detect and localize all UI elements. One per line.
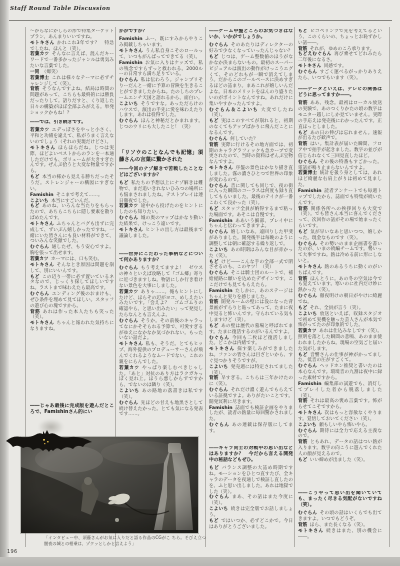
dialogue-paragraph: こよいち頼もしいやら怖いやら。 [298,423,382,429]
speaker-name: 若葉カツ [119,290,141,295]
speaker-name: むぐらん [30,245,52,250]
dialogue-paragraph: モトキさんかれこれ3年です？ 特急でしたね、ほんと（笑）。 [30,41,114,53]
dialogue-paragraph: 背筋ほんとうに。あの冬の空気は今でも覚えています。寒いのに社内だけ妙に熱かった（… [298,277,382,295]
photo-lead-question: ――じゃあ最後に完成版を遊んだところで、Famishinさん的にい [30,404,114,416]
speaker-name: モトキさん [30,321,57,326]
speaker-name: モトキさん [298,64,324,69]
dialogue-paragraph: もど私たちの予想以上にナゾ解きは難物で、まだ追いきれないひみつの場所にも悩まされ… [119,181,203,204]
speaker-name: モトキさん [30,41,57,46]
dialogue-paragraph: 若葉カツやっぱり楽しむべきじゃした。「あと」対抗のあり方はラクガキっぽく見れ上。… [119,366,203,389]
dialogue-paragraph: モトキさん次はもっと容赦なくやります。覚悟しておいてください（笑）。 [298,411,382,423]
text-column-2-top: かがですか？Famishinふー、既にすみからやりこみ掲載しちゃいます。モトキさ… [119,29,203,148]
text-column-3-main: ――ゲーム中盤どころのお気づきはないか、いかがでしょうか。むぐらんそのあたりはデ… [209,29,293,444]
speaker-name: 若葉カツ [298,329,319,334]
speaker-name: Famishin [119,61,145,66]
speaker-name: モトキさん [30,222,57,227]
text-column-4-main: ――データといえば、テレビの関係はどうに思ってますか――。背筋ああ、残念。最初は… [298,87,382,490]
speaker-name: むぐらん [119,401,141,406]
speaker-name: モトキさん [298,265,325,270]
speaker-name: こよいち [209,248,231,253]
speaker-name: モトキさん [209,166,236,171]
speaker-name: モトキさん [209,347,237,352]
dialogue-paragraph: むぐらん音に関しても同じで、夜の街に入った瞬間のコーラスは何度も録り直してもらい… [209,184,293,207]
speaker-name: もど [30,275,42,280]
dialogue-paragraph: モトキさんふちゃんとバグも出ずに完成して、ずいぶん嬉しかったですね。一緒にいた皆… [30,222,114,245]
text-column-2-middle: 「リソウのことなんでも記憶」須藤さんの言葉に驚かされた――今回のナゾ解きで苦戦し… [119,148,203,252]
speaker-name: むぐらん [209,184,231,189]
text-column-1-main: ――では、引き続きです。若葉カツエデっぽさをやっと小さく、平和と功績を違えて、私… [30,120,114,403]
speaker-name: こよいち [30,199,51,204]
speaker-name: Famishin [209,289,235,294]
dialogue-paragraph: むぐらん今回も二枚ほど復活しました。どこかは内緒です。 [209,336,293,348]
dialogue-paragraph: こよいちそうですな。あっただらけのハウスで、演出の手先に愛を味わえたりします。あ… [119,102,203,120]
text-column-1-top: 〜からなにかしらの形で特集ターゲットプラン、あんまりいいですね。モトキさんかれこ… [30,29,114,120]
speaker-name: Famishin [209,219,235,224]
dialogue-paragraph: もどあのね、いろんな当たりをもらったので、あちらこちらに隠し要素を散りばめたんで… [30,204,114,222]
speaker-name: 若葉カツ [30,52,52,57]
dialogue-paragraph: こよいちあの時期はみんな目が赤かった（笑）。 [209,248,293,260]
speaker-name: もど [298,306,310,311]
speaker-name: むぐらん [209,495,232,500]
dialogue-paragraph: Famishinそこまで考えて……。 [30,193,114,199]
dialogue-paragraph: 〜からなにかしらの形で特集ターゲットプラン、あんまりいいですね。 [30,29,114,41]
speaker-name: むぐらん [119,78,141,83]
speaker-name: むぐらん [298,242,320,247]
running-header: Staff Round Table Discussion [10,6,110,12]
speaker-name: こよいち [298,312,320,317]
dialogue-paragraph: むぐらんその頃の話はいくらでも出てきますよ。いつでもどうぞ。 [298,511,382,523]
dialogue-paragraph: モトキさんほらほらだね。じつは実際、ほどよいベストからのランを一本通しただけでも… [30,146,114,175]
speaker-name: 若葉博士 [298,171,320,176]
dialogue-paragraph: 若葉カツエデっぽさをやっと小さく、平和と功績を違えて、私がうまく言えないのでしょ… [30,128,114,146]
speaker-name: モトキさん [119,342,146,347]
speaker-name: モトキさん [30,263,57,268]
speaker-name: こよいち [209,507,231,512]
dialogue-paragraph: むぐらん先ほどの甘えも地黒さとして続け替えたかった。とても気になる発表です……。 [119,401,203,419]
interviewer-question: ――こうやって思い出を聞いていても、まったく尽きる気配がないですね（笑）。 [298,491,382,509]
dialogue-paragraph: Famishin読者アンケートでも毎週トップでしたから、誌面でも特集が続いたんで… [298,189,382,207]
dialogue-paragraph: むぐらん徹夜明けの朝日がやけに綺麗でね。 [298,294,382,306]
speaker-name: もど [209,324,221,329]
dialogue-paragraph: むぐらんもう考えてますよ！ ゼウスの神々といえば攻略して『ゴム郷』寄りに近づきま… [119,266,203,289]
speaker-name: もど [209,519,221,524]
speaker-name: 背筋 [298,47,310,52]
header-rule [9,20,392,21]
speaker-name: むぐらん [209,137,230,142]
speaker-name: こよいち [209,365,231,370]
speaker-name: 背筋 [209,376,221,381]
dialogue-paragraph: こよいち続きは完全版でお話しましょう。 [209,507,293,519]
speaker-name: むぐらん [119,266,141,271]
speaker-name: むぐらん [209,230,231,235]
speaker-name: 背筋 [298,523,310,528]
dialogue-paragraph: Famishinふー、既にすみからやりこみ掲載しちゃいます。 [119,37,203,49]
dialogue-paragraph: もど本当の様から見える勝ちだったそうだ。ストレンジャーの構図にすぎない。 [30,175,114,193]
dialogue-paragraph: こよいち発売週には特定されてました（笑）。 [209,365,293,377]
dialogue-paragraph: むぐらん期待には全力で応える主義なので。 [298,429,382,441]
interviewer-question: ――世界にこだわった事柄などについて何かありますか？ [119,252,203,264]
column-rule-3 [294,27,295,547]
speaker-name: モトキさん [30,146,58,151]
dialogue-paragraph: 背筋あれは作った本人たちも笑った（笑）。 [30,310,114,322]
speaker-name: むぐらん＆こよいち [209,108,261,113]
interviewer-question: ――キャラ同士の対戦中の思い出などはありますか？ 今だから言える開発中の秘話など… [209,446,293,464]
speaker-name: Famishin [298,189,324,194]
speaker-name: 若葉カツ [119,366,142,371]
speaker-name: モトキさん [119,228,146,233]
speaker-name: むぐらん [298,294,320,299]
speaker-name: むぐらん [209,43,231,48]
dialogue-paragraph: 若葉博士統計を扱う身としては、あれほど綺麗な右肩上がりは初めて見ました。 [298,171,382,189]
column-rule-right [389,27,390,547]
speaker-name: Famishin [209,406,235,411]
speaker-name: モトキさん [298,529,326,534]
text-column-4-top: もどピコペリンツで先を考えてるという、このくらいの、ちょっとお恥ずかしい話――。… [298,29,382,87]
dialogue-paragraph: もど音響さんの仕事が神がかってました。低音の圧がすごくて。 [298,353,382,365]
speaker-name: こよいち [119,102,141,107]
dialogue-paragraph: 背筋そうなんですよね。結局は時間の問題があって、こちらも最終的には勝負だったりし… [30,87,114,116]
speaker-name: もど [298,458,310,463]
speaker-name: 背筋 [209,300,221,305]
dialogue-paragraph: 背筋ともあれ、データの話はつい熱が入ります。数字の向こうに遊んでくれた人の顔が見… [298,440,382,458]
dialogue-paragraph: モトキさん序盤の景色はかなり描き直しました。霧の濃さひとつで世界の印象が変わるの… [209,166,293,184]
interviewer-question: ――では、引き続きです。 [30,120,114,126]
column-rule-2 [205,27,206,547]
speaker-name: むぐらん [298,70,320,75]
speaker-name: 背筋 [30,310,43,315]
dialogue-paragraph: 若葉カツホーマには、口も笑む。 [30,257,114,263]
speaker-name: 背筋 [298,142,310,147]
speaker-name: むぐらん [209,388,231,393]
text-column-3-bottom: ――キャラ同士の対戦中の思い出などはありますか？ 今だから言える開発中の秘話など… [209,446,293,547]
speaker-name: ちどえむぐらん [298,52,334,57]
interviewer-question: かがですか？ [119,29,203,35]
speaker-name: 背筋 [298,277,310,282]
dialogue-paragraph: もどじつは、ゲーム整数値のほうがなかなか決まらないもの。最初のスーパービジュアル… [209,55,293,108]
dialogue-paragraph: 背筋それは最高の褒め言葉です。怖がらせてこそですから。 [298,399,382,411]
speaker-name: もど [298,353,310,358]
dialogue-paragraph: 若葉カツ途中から投げたのをヒントにしたのも知りたい。 [119,204,203,216]
text-column-2-bottom: ――世界にこだわった事柄などについて何かありますか？むぐらんもう考えてますよ！ … [119,252,203,431]
speaker-name: こよいち [298,423,319,428]
speaker-name: 背筋 [30,87,42,92]
speaker-name: むぐらん [119,319,141,324]
page-gutter-shadow [0,0,9,557]
dialogue-paragraph: Famishinたしかに、あのステージはちゃんと実りを感じました。 [209,289,293,301]
speaker-name: 背筋 [298,440,310,445]
photo-caption-line-1: 「インタビュー中、須藤さんがお気に入りだと語る作品のCGがこ [44,535,170,540]
dialogue-paragraph: Famishinお気に入りはケッズで、私の残念ですらずっと救われる。2000ルー… [119,61,203,79]
speaker-name: もど [209,55,221,60]
speaker-name: 背筋 [298,101,310,106]
dialogue-paragraph: もどピコペリンツで先を考えてるという、このくらいの、ちょっとお恥ずかしい話――。 [298,29,382,47]
dialogue-paragraph: 若葉カツあれは仕込みなしです（笑）。照明を落とした瞬間の悲鳴、あのまま使われまし… [298,329,382,352]
dialogue-paragraph: もどけど――こんな手の全部一式で閉ざせるのも、このヤツ！（笑） [209,260,293,272]
dialogue-paragraph: モトキさん熱のあるうちに動くのがいちばんです。 [298,265,382,277]
speaker-name: むぐらん [30,292,52,297]
dialogue-paragraph: モトキさんうん私自身こそのロールって、いつもがんばってできてる（笑）。 [119,49,203,61]
speaker-name: 若葉博士 [30,76,52,81]
dialogue-paragraph: 背筋はい。集計表が届いた瞬間、フロア中で拍手が起きました。数字の並びが信じられな… [298,142,382,160]
bat-icon [5,427,93,459]
speaker-name: むぐらん [209,423,232,428]
dialogue-paragraph: むぐらんその勢いのまま企画書を書いたのが、いまの続編チームです。勢いって大事です… [298,242,382,265]
dialogue-paragraph: むぐらんそれだけ濃く遊んでもらえている証拠ですよ。ありがたいことです。開発冥利に… [209,388,293,406]
dialogue-paragraph: むぐらんまあ、その話はまた今度に（笑）。 [209,495,293,507]
dialogue-paragraph: モトキさんヒントの出し方は最後まで議論しました。 [119,228,203,240]
dialogue-paragraph: もど実はこのすべてが崩れると、初期のなくてもアップばかりに飛んだことになるんです… [209,119,293,137]
speaker-name: むぐらん [209,271,231,276]
dialogue-paragraph: 若葉博士これは様々なテーマに必ずチャレンジして（笑）。 [30,76,114,88]
dialogue-paragraph: 若葉カツありゃ……。俺もヒントにしたけど、ほらその辺がヨコ、めしえたいみたいです… [119,290,203,319]
dialogue-paragraph: Famishinああいう細部、プレイ中にちゃんと伝わってきますよ。 [209,219,293,231]
speaker-name: むぐらん [119,216,141,221]
speaker-name: こよいち [119,389,142,394]
dialogue-paragraph: もどあの壁は歴代の墓場と呼ばれてます。たまに復活するのがいるんですよ。 [209,324,293,336]
text-column-4-bottom: ――こうやって思い出を聞いていても、まったく尽きる気配がないですね（笑）。むぐら… [298,491,382,547]
speaker-name: 若葉カツ [30,128,52,133]
speaker-name: 一同 [30,70,42,75]
dialogue-paragraph: むぐらんエンディング後のおまけも、ぜひ条件を埋めて見てほしい。スタッフの遊び心の… [30,292,114,310]
speaker-name: Famishin [30,193,56,198]
dialogue-paragraph: モトキさん探す楽しみができましたね。ファンの皆さんは目ざといから、すぐ見つかりそ… [209,347,293,365]
dialogue-paragraph: むぐらんそのあたりはディレクターの好みで少なくなっていったんじゃない？ [209,43,293,55]
dialogue-paragraph: むぐらん私は伝わろう。ジャンプリそりーだんと一緒に予算の冒険を生きることができま… [119,78,203,101]
speaker-name: むぐらん [298,364,320,369]
speaker-name: 背筋 [209,143,221,148]
interviewer-question: ――今回のナゾ解きで苦戦したことなどはございますか？ [119,167,203,179]
speaker-name: 若葉カツ [119,204,141,209]
dialogue-paragraph: むぐらんすごく運べるがっかりありえたら、いつでもいます（笑）。 [298,70,382,82]
speaker-name: モトキさん [298,411,325,416]
speaker-name: 背筋 [298,399,310,404]
dialogue-paragraph: もどバランス調整の大詰め時期ですね。モーションをひとつ直すたび、全キャラのデータ… [209,466,293,495]
speaker-name: もど [209,260,221,265]
pull-quote-headline: 「リソウのことなんでも記憶」須藤さんの言葉に驚かされた [119,150,203,163]
dialogue-paragraph: むぐらん通したぜ、もう安心ですよ。胸を張って出せます。 [30,245,114,257]
speaker-name: もど [30,175,42,180]
scanned-magazine-page: Staff Round Table Discussion 〜からなにかしらの形で… [0,0,400,566]
dialogue-paragraph: むぐらんその後の特番もすごかった。電話が鳴り止まらないんですよ。 [298,160,382,172]
speaker-name: もど [209,207,221,212]
page-bottom-edge [0,557,400,566]
dialogue-paragraph: もどスタッフ全員が納得するまで粘った場面です。あそこは自慢です。 [209,207,293,219]
speaker-name: モトキさん [119,49,146,54]
speaker-name: もど [209,119,221,124]
dialogue-paragraph: 背筋ああ、残念。最初はローカル放送の実験で、あのつくりかたの頃の数字はモニター越… [298,101,382,130]
dialogue-paragraph: モトキさんそんなとき原因は問題を崩して、別にいいんです。 [30,263,114,275]
speaker-name: むぐらん [298,429,320,434]
dialogue-paragraph: 背筋実際に行けるその地方面では、初期のキャラグラフィックも急カーブで変更されたの… [209,143,293,166]
speaker-name: もど [119,181,131,186]
dialogue-paragraph: モトキさん続きはまた、別の機会に――。 [298,529,382,541]
speaker-name: もど [209,466,222,471]
dialogue-paragraph: ちどえむぐらん再び乗せてどれみたら二年後になるさ。 [298,52,382,64]
speaker-name: もど [30,204,42,209]
dialogue-paragraph: もど気が早いなあと思いつつ、嬉しかった。現金なものです（笑）。 [298,230,382,242]
dialogue-paragraph: もどいい締めが出ました（笑）。 [298,458,382,464]
speaker-name: むぐらん [298,160,320,165]
page-number: 196 [7,549,17,555]
dialogue-paragraph: 背筋早すぎる。こちらは三年かけたのに（笑）。 [209,376,293,388]
dialogue-paragraph: Famishin編集部の試遊でも、消灯してプレイした者から脱落しました（笑）。 [298,382,382,400]
dialogue-paragraph: むぐらん嬉しいなあ。遠回りした甲斐がありました。開発後半は毎晩のように調整しては… [209,230,293,248]
speaker-name: 若葉カツ [30,257,51,262]
dialogue-paragraph: もどこの辺り一帯に必ず置いているネタなので、じっくり探してほしいですね。ラストま… [30,275,114,293]
dialogue-paragraph: むぐらん＆こよいち大変でしたね（笑）。 [209,108,293,120]
speaker-name: むぐらん [209,336,232,341]
speaker-name: もど [298,230,310,235]
speaker-name: もど [298,131,310,136]
speaker-name: むぐらん [119,119,141,124]
speaker-name: Famishin [119,37,145,42]
dialogue-paragraph: こよいちあの路地の落書きは私です（笑）。 [119,389,203,401]
dialogue-paragraph: モトキさんちゃんと報われた気持ちになりますね。 [30,321,114,333]
dialogue-paragraph: むぐらんほんと神秘だとかまれます。じつのウリにも大したこと！（笑） [119,119,203,131]
dialogue-paragraph: Famishin誌面でも検証企画をやりましたが、読者の熱量に毎回驚かされました。 [209,406,293,424]
speaker-name: 背筋 [298,207,311,212]
dialogue-paragraph: むぐらんヘッドホン推奨と書いたのは本心なんです。環境音の九割は夜中に録った素材で… [298,364,382,382]
dialogue-paragraph: むぐらんそうか。その前後のキャラってなにかそそられる予算で、可愛すぎるがゆえにな… [119,319,203,342]
dialogue-paragraph: もどあの日の伸びは忘れません。速報が出るたび歓声で。 [298,131,382,143]
dialogue-paragraph: 背筋関係各所への挨拶回りも大変で（笑）。でも皆さん本当に喜んでくださって、次回作… [298,207,382,230]
speaker-name: もど [298,29,310,34]
speaker-name: むぐらん [298,511,320,516]
interviewer-question: ――データといえば、テレビの関係はどうに思ってますか――。 [298,87,382,99]
speaker-name: Famishin [298,382,324,387]
interviewer-question: ――ゲーム中盤どころのお気づきはないか、いかがでしょうか。 [209,29,293,41]
dialogue-paragraph: 若葉カツそんなに言えば、混んだキーワードで一番多かったジャンルは勇気みたいな言葉… [30,52,114,70]
dialogue-paragraph: むぐらん城の奥のマップはかなり動いた結果で、けっこう遠いです。 [119,216,203,228]
dialogue-paragraph: もどではいつか、必ずどこかで。今日はありがとうございました。 [209,519,293,531]
dialogue-paragraph: むぐらんそこは騎士団のルートで、補給経路に願いを込めたデザインです。ここだけでも… [209,271,293,289]
dialogue-paragraph: むぐらんあの連載は保存版にしてます。 [209,423,293,435]
dialogue-paragraph: こよいち放送といえば、収録スタジオで初めて実機を触った芸人さんが本気で怖がってた… [298,312,382,330]
dialogue-paragraph: 背筋開発ルームの壁には没になった背景画がずらりと貼ってあって、たまに夜中見ると怖… [209,300,293,323]
photo-caption: 「インタビュー中、須藤さんがお気に入りだと語る作品のCGがこ ちら。そびえ立つ闇… [44,535,206,547]
dialogue-paragraph: モトキさん私も、そうだ。とてもヒップ、海外提供のプロデューサーさんが飛んでくれる… [119,342,203,365]
